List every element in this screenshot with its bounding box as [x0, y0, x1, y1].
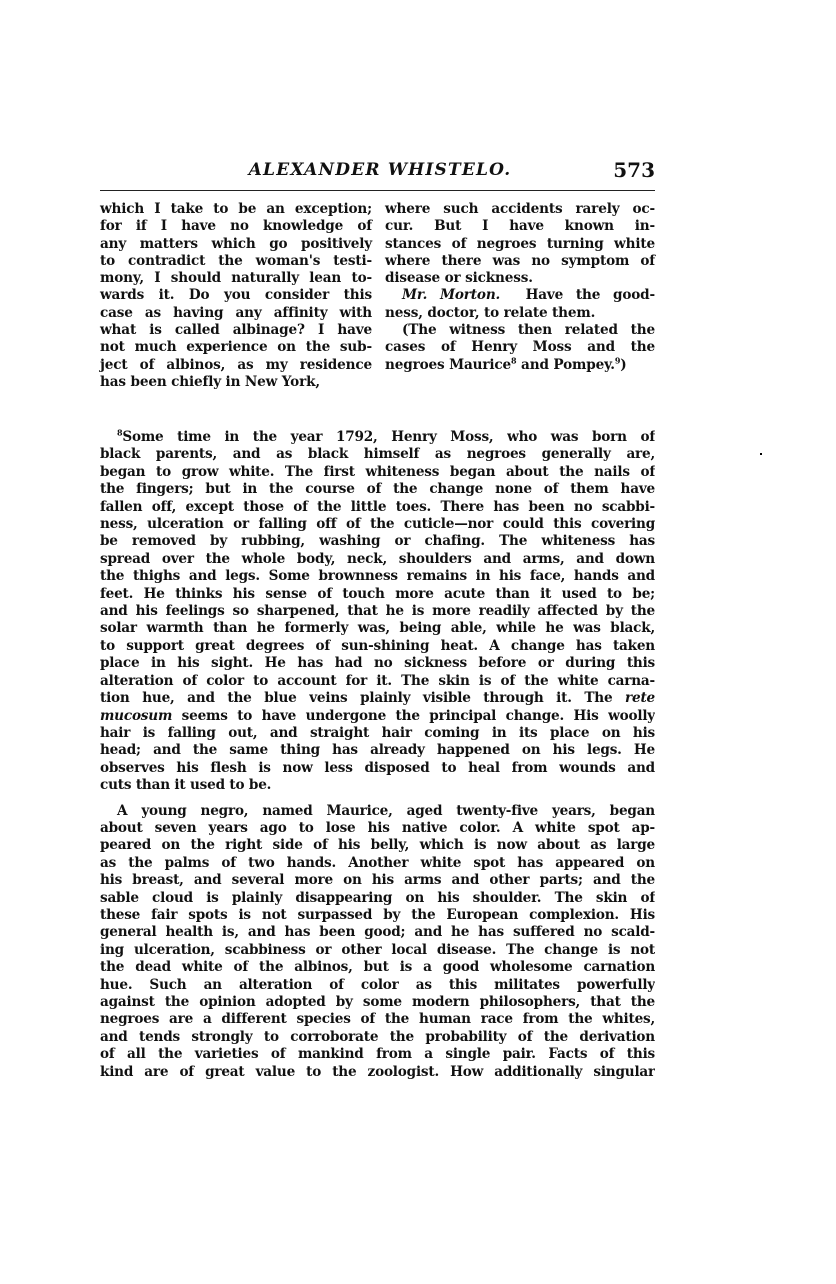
- text-line: stances of negroes turning white: [385, 236, 655, 253]
- morton-question: Mr. Morton. Have the good- ness, doctor,…: [385, 287, 655, 322]
- footnote-line: the fingers; but in the course of the ch…: [100, 481, 655, 498]
- text-line: case as having any affinity with: [100, 305, 372, 322]
- narration-line: cases of Henry Moss and the: [385, 339, 655, 356]
- footnote-line: and his feelings so sharpened, that he i…: [100, 603, 655, 620]
- morton-line-2: ness, doctor, to relate them.: [385, 305, 655, 322]
- footnote-line: feet. He thinks his sense of touch more …: [100, 586, 655, 603]
- footnote-line: negroes are a different species of the h…: [100, 1011, 655, 1028]
- text-line: where there was no symptom of: [385, 253, 655, 270]
- footnote-line: be removed by rubbing, washing or chafin…: [100, 533, 655, 550]
- scan-speck: [760, 453, 762, 455]
- page-header: ALEXANDER WHISTELO. 573: [100, 160, 655, 190]
- footnote-line: hair is falling out, and straight hair c…: [100, 725, 655, 742]
- footnote-paragraph-henry-moss: 8Some time in the year 1792, Henry Moss,…: [100, 429, 655, 795]
- text-line: any matters which go positively: [100, 236, 372, 253]
- latin-term: mucosum: [100, 708, 172, 724]
- footnote-line: black parents, and as black himself as n…: [100, 446, 655, 463]
- text-line: mony, I should naturally lean to-: [100, 270, 372, 287]
- footnote-line: began to grow white. The first whiteness…: [100, 464, 655, 481]
- footnote-line: as the palms of two hands. Another white…: [100, 855, 655, 872]
- page-number: 573: [613, 158, 655, 182]
- footnote-line: alteration of color to account for it. T…: [100, 673, 655, 690]
- text-line: not much experience on the sub-: [100, 339, 372, 356]
- narration-line: negroes Maurice8 and Pompey.9): [385, 357, 655, 374]
- header-rule: [100, 190, 655, 191]
- speaker-name: Mr. Morton.: [402, 287, 500, 303]
- footnote-line: place in his sight. He has had no sickne…: [100, 655, 655, 672]
- running-title: ALEXANDER WHISTELO.: [230, 160, 530, 180]
- right-column: where such accidents rarely oc-cur. But …: [385, 201, 655, 374]
- footnote-line: to support great degrees of sun-shining …: [100, 638, 655, 655]
- footnote-marker: 8: [117, 429, 122, 437]
- latin-term: rete: [625, 690, 655, 706]
- morton-line-1: Mr. Morton. Have the good-: [385, 287, 655, 304]
- footnote-line: tion hue, and the blue veins plainly vis…: [100, 690, 655, 707]
- text-line: which I take to be an exception;: [100, 201, 372, 218]
- footnote-line: cuts than it used to be.: [100, 777, 655, 794]
- footnote-line: solar warmth than he formerly was, being…: [100, 620, 655, 637]
- footnote-line: of all the varieties of mankind from a s…: [100, 1046, 655, 1063]
- footnote-line: the thighs and legs. Some brownness rema…: [100, 568, 655, 585]
- left-column: which I take to be an exception;for if I…: [100, 201, 372, 391]
- footnotes: 8Some time in the year 1792, Henry Moss,…: [100, 429, 655, 1081]
- footnote-line: ing ulceration, scabbiness or other loca…: [100, 942, 655, 959]
- footnote-line: spread over the whole body, neck, should…: [100, 551, 655, 568]
- text-line: has been chiefly in New York,: [100, 374, 372, 391]
- text-line: to contradict the woman's testi-: [100, 253, 372, 270]
- text-line: where such accidents rarely oc-: [385, 201, 655, 218]
- text-line: cur. But I have known in-: [385, 218, 655, 235]
- footnote-line: against the opinion adopted by some mode…: [100, 994, 655, 1011]
- footnote-line: the dead white of the albinos, but is a …: [100, 959, 655, 976]
- footnote-line: 8Some time in the year 1792, Henry Moss,…: [100, 429, 655, 446]
- footnote-line: and tends strongly to corroborate the pr…: [100, 1029, 655, 1046]
- footnote-line: ness, ulceration or falling off of the c…: [100, 516, 655, 533]
- text-line: wards it. Do you consider this: [100, 287, 372, 304]
- narration: (The witness then related thecases of He…: [385, 322, 655, 374]
- footnote-line: observes his flesh is now less disposed …: [100, 760, 655, 777]
- footnote-line: A young negro, named Maurice, aged twent…: [100, 803, 655, 820]
- footnote-line: peared on the right side of his belly, w…: [100, 837, 655, 854]
- footnote-line: head; and the same thing has already hap…: [100, 742, 655, 759]
- footnote-line: kind are of great value to the zoologist…: [100, 1064, 655, 1081]
- footnote-line: hue. Such an alteration of color as this…: [100, 977, 655, 994]
- left-column-text: which I take to be an exception;for if I…: [100, 201, 372, 391]
- footnote-line: fallen off, except those of the little t…: [100, 499, 655, 516]
- footnote-line: these fair spots is not surpassed by the…: [100, 907, 655, 924]
- footnote-line: his breast, and several more on his arms…: [100, 872, 655, 889]
- right-column-text: where such accidents rarely oc-cur. But …: [385, 201, 655, 287]
- book-page: ALEXANDER WHISTELO. 573 which I take to …: [0, 0, 836, 1284]
- footnote-line: about seven years ago to lose his native…: [100, 820, 655, 837]
- text-line: disease or sickness.: [385, 270, 655, 287]
- footnote-line: sable cloud is plainly disappearing on h…: [100, 890, 655, 907]
- text-line: for if I have no knowledge of: [100, 218, 372, 235]
- narration-line: (The witness then related the: [385, 322, 655, 339]
- footnote-ref[interactable]: 9: [615, 355, 620, 365]
- footnote-line: mucosum seems to have undergone the prin…: [100, 708, 655, 725]
- text-line: what is called albinage? I have: [100, 322, 372, 339]
- footnote-line: general health is, and has been good; an…: [100, 924, 655, 941]
- text-line: ject of albinos, as my residence: [100, 357, 372, 374]
- footnote-ref[interactable]: 8: [511, 355, 516, 365]
- footnote-paragraph-maurice: A young negro, named Maurice, aged twent…: [100, 803, 655, 1082]
